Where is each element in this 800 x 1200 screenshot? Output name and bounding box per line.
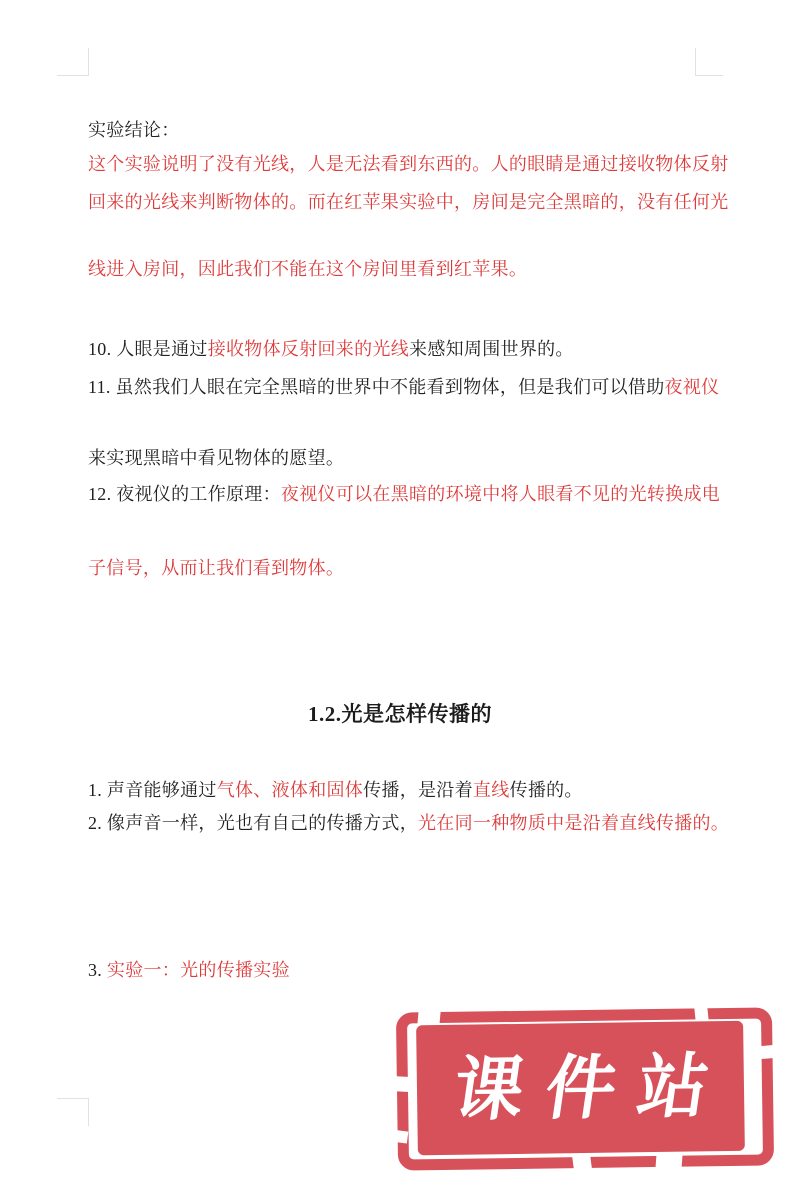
section2-item-2: 2. 像声音一样，光也有自己的传播方式，光在同一种物质中是沿着直线传播的。 xyxy=(88,811,728,835)
item3-number: 3. xyxy=(88,960,107,980)
margin-crop-mark-top-left xyxy=(57,48,89,76)
item1-highlight-media: 气体、液体和固体 xyxy=(217,780,363,800)
item3-highlight: 实验一：光的传播实验 xyxy=(107,960,290,980)
conclusion-label-text: 实验结论： xyxy=(88,120,180,140)
stamp-border-gap xyxy=(393,1076,411,1092)
section2-item-3: 3. 实验一：光的传播实验 xyxy=(88,958,728,982)
item10-suffix: 来感知周围世界的。 xyxy=(409,339,574,359)
conclusion-text: 回来的光线来判断物体的。而在红苹果实验中，房间是完全黑暗的，没有任何光 xyxy=(88,192,729,212)
item11-prefix: 11. 虽然我们人眼在完全黑暗的世界中不能看到物体，但是我们可以借助 xyxy=(88,377,665,397)
stamp-border-gap xyxy=(760,1045,777,1059)
item2-prefix: 2. 像声音一样，光也有自己的传播方式， xyxy=(88,813,418,833)
stamp-border-gap xyxy=(655,1151,682,1172)
stamp-border-gap xyxy=(694,1005,709,1023)
conclusion-text: 线进入房间，因此我们不能在这个房间里看到红苹果。 xyxy=(88,259,527,279)
item2-highlight: 光在同一种物质中是沿着直线传播的。 xyxy=(418,813,729,833)
section-title: 1.2.光是怎样传播的 xyxy=(0,698,800,728)
conclusion-text: 这个实验说明了没有光线，人是无法看到东西的。人的眼睛是通过接收物体反射 xyxy=(88,154,729,174)
note-item-10: 10. 人眼是通过接收物体反射回来的光线来感知周围世界的。 xyxy=(88,337,728,361)
note-item-12: 12. 夜视仪的工作原理：夜视仪可以在黑暗的环境中将人眼看不见的光转换成电 xyxy=(88,482,728,506)
watermark-stamp: 课件站 xyxy=(396,1007,774,1170)
section-title-text: 1.2.光是怎样传播的 xyxy=(308,702,492,726)
item11-highlight: 夜视仪 xyxy=(665,377,720,397)
conclusion-label: 实验结论： xyxy=(88,118,728,142)
item12-continuation-text: 子信号，从而让我们看到物体。 xyxy=(88,558,344,578)
item12-highlight: 夜视仪可以在黑暗的环境中将人眼看不见的光转换成电 xyxy=(281,484,720,504)
stamp-background: 课件站 xyxy=(416,1021,745,1156)
stamp-border-gap xyxy=(392,1130,408,1144)
item10-prefix: 10. 人眼是通过 xyxy=(88,339,208,359)
stamp-text: 课件站 xyxy=(426,1051,734,1125)
section2-item-1: 1. 声音能够通过气体、液体和固体传播，是沿着直线传播的。 xyxy=(88,778,728,802)
conclusion-line-2: 回来的光线来判断物体的。而在红苹果实验中，房间是完全黑暗的，没有任何光 xyxy=(88,190,728,214)
item11-continuation-text: 来实现黑暗中看见物体的愿望。 xyxy=(88,448,344,468)
item1-suffix: 传播的。 xyxy=(510,780,583,800)
stamp-border-gap xyxy=(572,1152,592,1173)
note-item-11-continuation: 来实现黑暗中看见物体的愿望。 xyxy=(88,446,728,470)
item10-highlight: 接收物体反射回来的光线 xyxy=(208,339,409,359)
margin-crop-mark-top-right xyxy=(695,48,723,76)
document-page: 实验结论： 这个实验说明了没有光线，人是无法看到东西的。人的眼睛是通过接收物体反… xyxy=(0,0,800,1200)
item1-highlight-straight-line: 直线 xyxy=(473,780,510,800)
item12-prefix: 12. 夜视仪的工作原理： xyxy=(88,484,281,504)
note-item-12-continuation: 子信号，从而让我们看到物体。 xyxy=(88,556,728,580)
item1-middle: 传播，是沿着 xyxy=(363,780,473,800)
note-item-11: 11. 虽然我们人眼在完全黑暗的世界中不能看到物体，但是我们可以借助夜视仪 xyxy=(88,375,728,399)
item1-prefix: 1. 声音能够通过 xyxy=(88,780,217,800)
margin-crop-mark-bottom-left xyxy=(57,1098,89,1126)
conclusion-line-1: 这个实验说明了没有光线，人是无法看到东西的。人的眼睛是通过接收物体反射 xyxy=(88,152,728,176)
conclusion-line-3: 线进入房间，因此我们不能在这个房间里看到红苹果。 xyxy=(88,257,728,281)
